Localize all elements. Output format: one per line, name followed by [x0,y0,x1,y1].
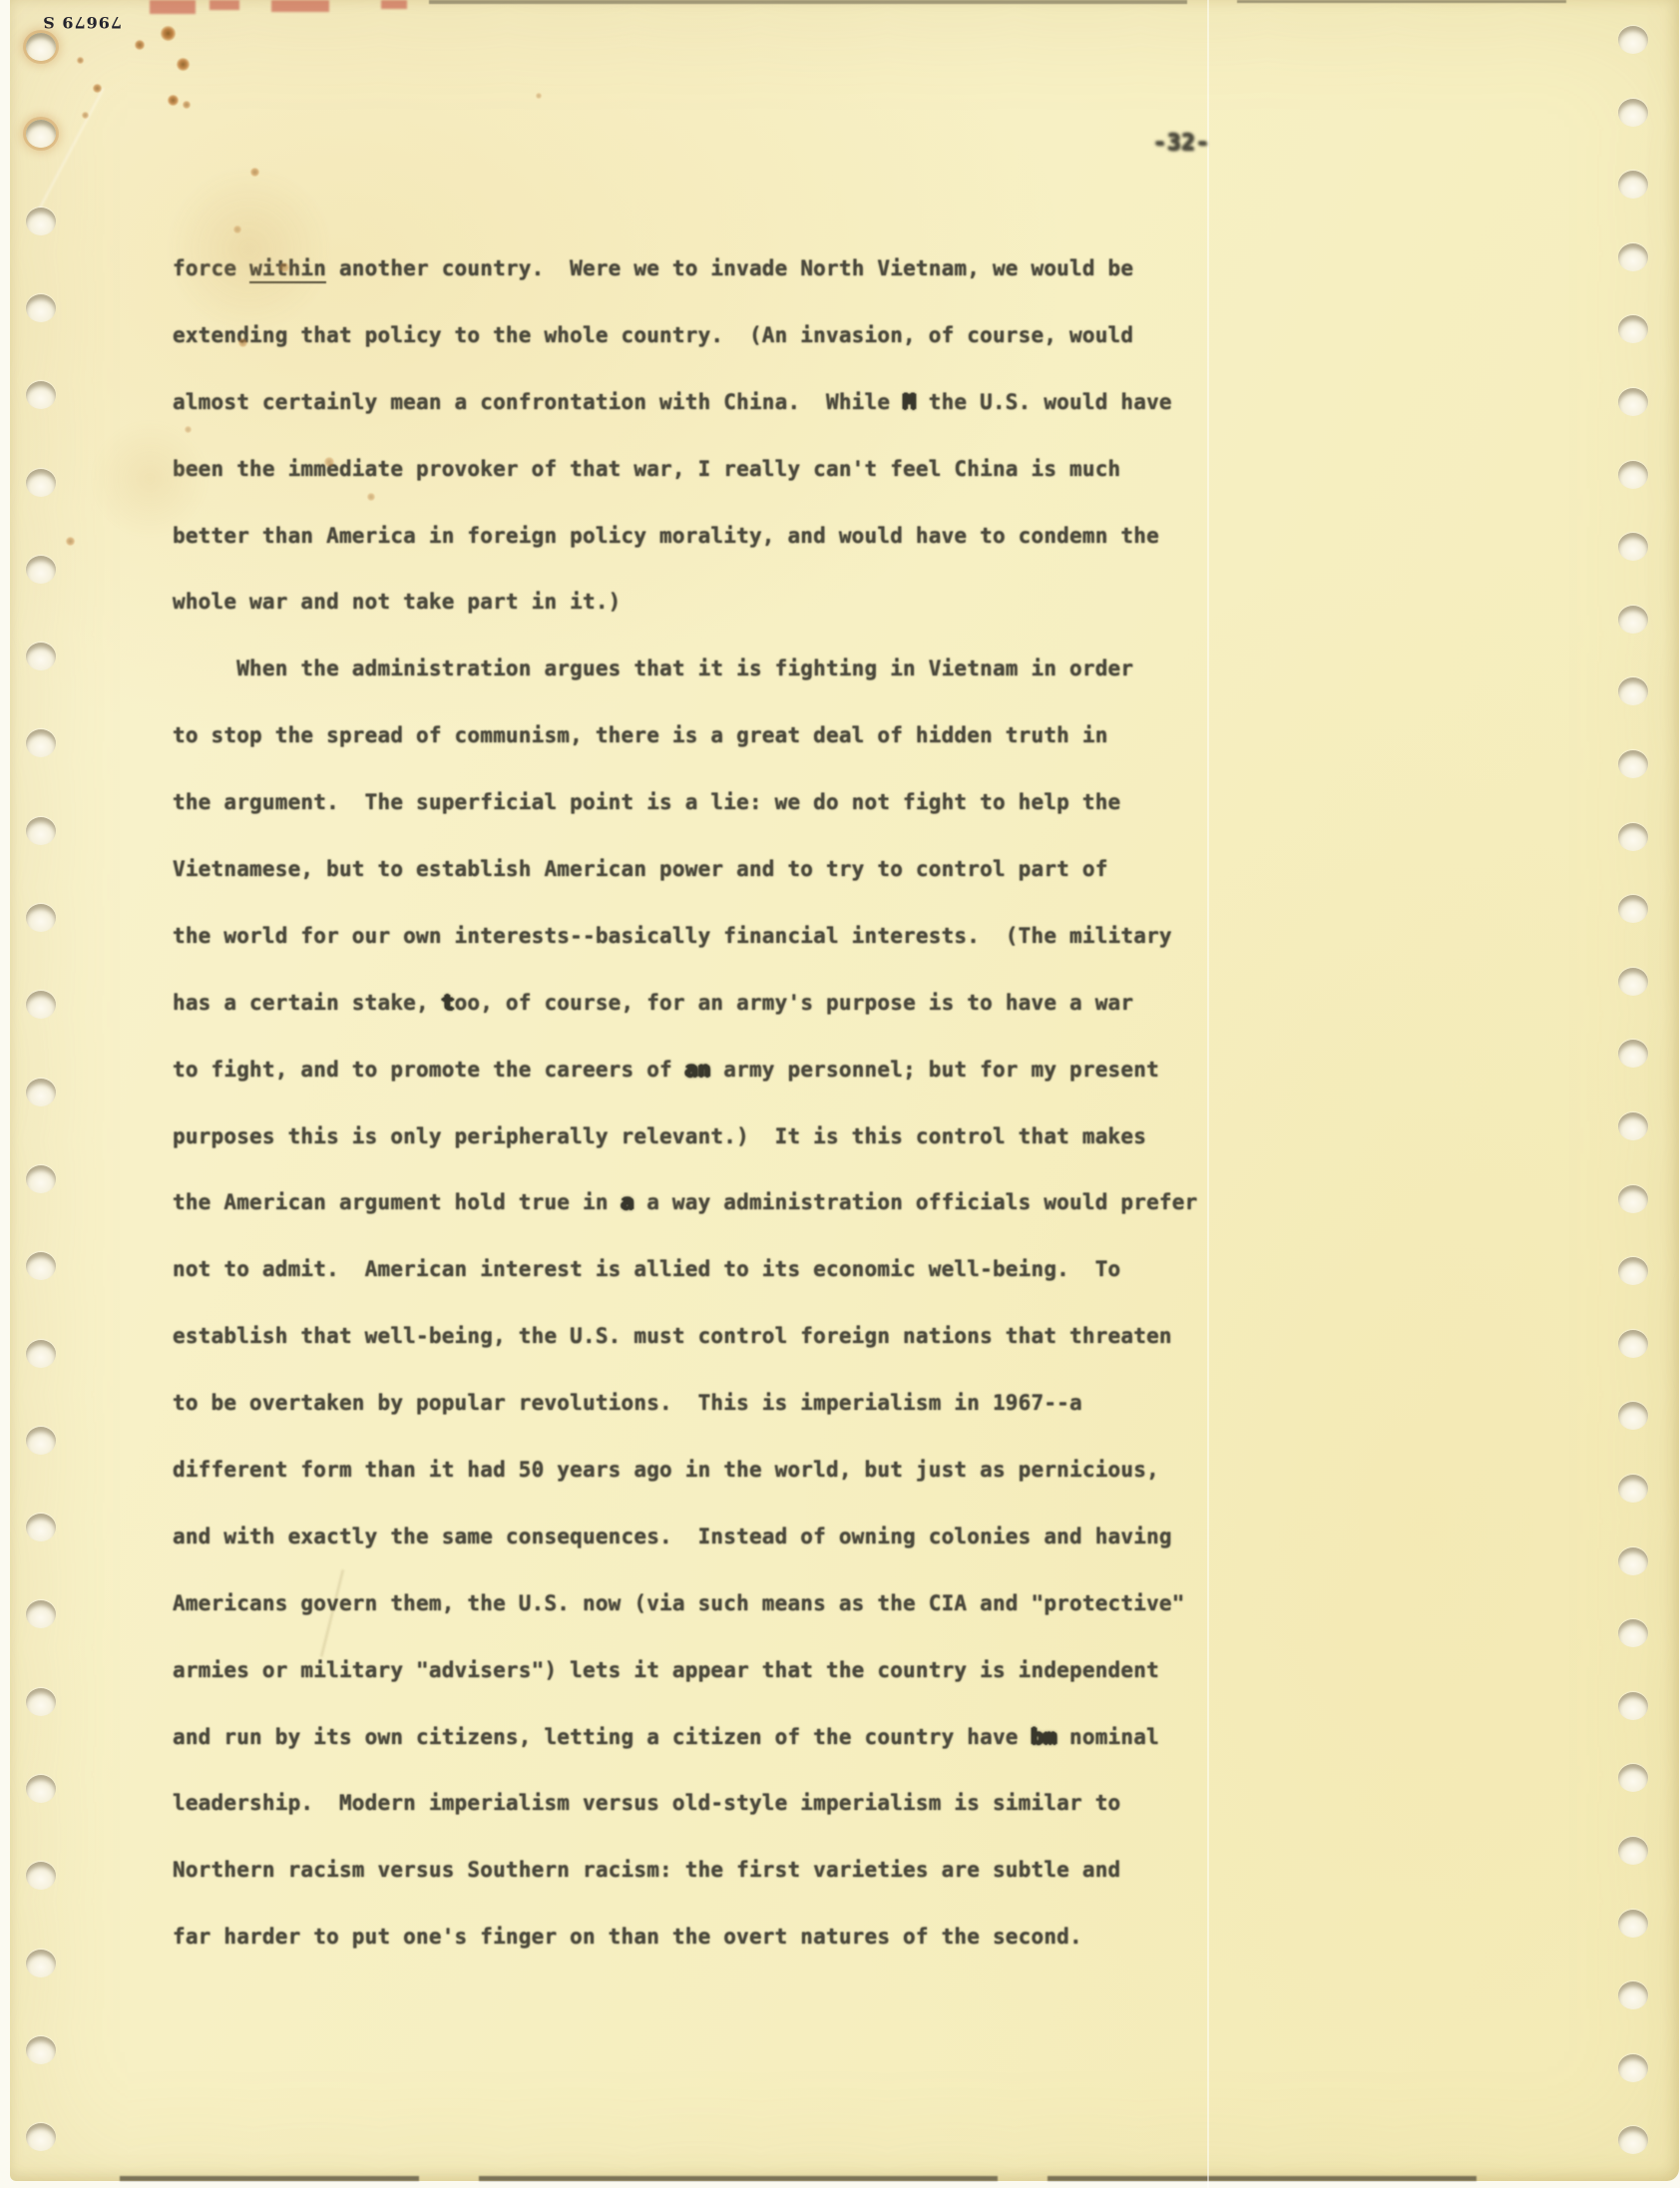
typed-text: purposes this is only peripherally relev… [173,1124,1146,1148]
typed-line: leadership. Modern imperialism versus ol… [173,1770,1197,1837]
typed-text: has a certain stake, [173,991,442,1015]
typed-text: extending that policy to the whole count… [173,323,1133,347]
punch-hole [1618,606,1648,634]
punch-hole [26,2036,56,2064]
punch-hole [1618,1547,1648,1575]
punch-hole [1618,1330,1648,1358]
typed-text: better than America in foreign policy mo… [173,524,1159,548]
strikeover-blot: an [685,1058,711,1082]
punch-hole [1618,968,1648,996]
rust-stain [177,58,190,71]
punch-hole [26,643,56,670]
punch-hole [26,469,56,497]
typed-text: armies or military "advisers") lets it a… [173,1658,1159,1682]
typed-line: Northern racism versus Southern racism: … [173,1837,1197,1904]
punch-hole [1618,99,1648,127]
punch-hole [26,120,56,148]
typed-line: to stop the spread of communism, there i… [173,702,1197,769]
punch-hole [26,33,56,61]
typed-lines: force within another country. Were we to… [173,235,1197,1970]
typed-line: and run by its own citizens, letting a c… [173,1704,1197,1771]
age-smudge [165,165,334,334]
typed-line: and with exactly the same consequences. … [173,1504,1197,1570]
strikeover-blot: t [442,991,455,1015]
typed-text: army personnel; but for my present [710,1058,1159,1082]
punch-hole [1618,2126,1648,2154]
typed-line: to fight, and to promote the careers of … [173,1037,1197,1103]
typed-text: to be overtaken by popular revolutions. … [173,1391,1082,1415]
typed-line: When the administration argues that it i… [173,636,1197,702]
punch-hole [26,2123,56,2151]
punch-hole [26,1775,56,1803]
punch-hole [1618,1981,1648,2009]
typed-text: leadership. Modern imperialism versus ol… [173,1791,1120,1815]
typed-line: has a certain stake, too, of course, for… [173,970,1197,1037]
punch-hole [26,208,56,235]
typed-text: Northern racism versus Southern racism: … [173,1858,1120,1882]
punch-hole [1618,1040,1648,1068]
typed-line: the American argument hold true in a a w… [173,1169,1197,1236]
typed-line: better than America in foreign policy mo… [173,503,1197,570]
rust-stain [324,457,334,467]
punch-hole [1618,1402,1648,1430]
paper-sheet: 79679 S -32- force within another countr… [10,0,1679,2181]
crease-mark [37,88,104,213]
typed-line: establish that well-being, the U.S. must… [173,1303,1197,1370]
punch-hole [1618,533,1648,561]
punch-hole [26,904,56,932]
typed-line: purposes this is only peripherally relev… [173,1103,1197,1170]
rust-stain [66,537,75,546]
punch-hole [1618,823,1648,851]
typed-line: far harder to put one's finger on than t… [173,1904,1197,1970]
punch-hole [26,1600,56,1628]
typed-line: Americans govern them, the U.S. now (via… [173,1570,1197,1637]
punch-hole [1618,677,1648,705]
typed-text: another country. Were we to invade North… [326,256,1133,280]
typed-text: a way administration officials would pre… [633,1190,1197,1214]
punch-hole [26,1340,56,1368]
punch-hole [1618,315,1648,343]
punch-hole [26,1950,56,1977]
typed-text: nominal [1056,1725,1159,1749]
scan-edge-artifact [479,2176,998,2181]
punch-hole [26,1427,56,1455]
rust-stain [77,57,84,64]
scan-edge-artifact [1237,0,1566,3]
punch-hole [26,1252,56,1280]
punch-hole [1618,1837,1648,1865]
rust-stain [367,493,375,501]
punch-hole [1618,461,1648,489]
typed-text: the argument. The superficial point is a… [173,790,1120,814]
rust-stain [168,95,179,106]
strikeover-blot: M [903,390,916,414]
serial-stamp: 79679 S [44,13,122,32]
punch-hole [1618,750,1648,778]
strikeover-blot: a [622,1190,634,1214]
punch-hole [26,1165,56,1193]
punch-hole [1618,171,1648,199]
typed-line: Vietnamese, but to establish American po… [173,836,1197,903]
typed-text: far harder to put one's finger on than t… [173,1925,1082,1949]
typed-line: whole war and not take part in it.) [173,569,1197,636]
scan-edge-artifact [1048,2176,1476,2181]
typed-text: Vietnamese, but to establish American po… [173,857,1108,881]
scan-edge-artifact [120,2176,419,2181]
typed-text: to fight, and to promote the careers of [173,1058,685,1082]
typed-text: to stop the spread of communism, there i… [173,723,1108,747]
typed-line: armies or military "advisers") lets it a… [173,1637,1197,1704]
strikeover-blot: bm [1032,1725,1057,1749]
punch-hole [26,1079,56,1106]
age-smudge [90,419,210,539]
rust-stain [238,338,247,347]
typed-text: and run by its own citizens, letting a c… [173,1725,1032,1749]
scan-line-artifact [1207,0,1209,2188]
punch-hole [26,556,56,584]
red-stamp-fragment [210,0,239,10]
scanned-document: 79679 S -32- force within another countr… [0,0,1680,2188]
typed-text: the world for our own interests--basical… [173,924,1172,948]
typed-text: whole war and not take part in it.) [173,590,622,614]
typed-text: When the administration argues that it i… [173,656,1133,680]
punch-hole [1618,243,1648,271]
typed-line: to be overtaken by popular revolutions. … [173,1370,1197,1437]
punch-hole [26,381,56,409]
rust-stain [135,40,145,50]
typed-line: the argument. The superficial point is a… [173,769,1197,836]
rust-stain [161,26,176,41]
typed-text: establish that well-being, the U.S. must… [173,1324,1172,1348]
typed-text: oo, of course, for an army's purpose is … [455,991,1134,1015]
typed-line: the world for our own interests--basical… [173,903,1197,970]
punch-hole [26,1688,56,1716]
punch-hole [1618,1185,1648,1213]
punch-hole [1618,1619,1648,1647]
typed-line: different form than it had 50 years ago … [173,1437,1197,1504]
red-stamp-fragment [381,0,407,9]
rust-stain [82,112,89,119]
punch-hole [26,1862,56,1890]
punch-hole [1618,1475,1648,1503]
typed-line: extending that policy to the whole count… [173,302,1197,369]
punch-hole [1618,1764,1648,1792]
typed-line: almost certainly mean a confrontation wi… [173,369,1197,436]
punch-hole [1618,1112,1648,1140]
punch-hole [26,991,56,1019]
typed-text: different form than it had 50 years ago … [173,1458,1159,1482]
punch-hole [1618,1910,1648,1938]
punch-hole [26,729,56,757]
typed-text: Americans govern them, the U.S. now (via… [173,1591,1185,1615]
rust-stain [93,84,102,93]
scan-edge-artifact [429,0,1187,4]
punch-hole [26,294,56,322]
typed-text: and with exactly the same consequences. … [173,1525,1172,1548]
rust-stain [536,93,542,99]
typed-line: been the immediate provoker of that war,… [173,436,1197,503]
punch-hole [1618,2054,1648,2082]
typed-text: been the immediate provoker of that war,… [173,457,1120,481]
typed-text: almost certainly mean a confrontation wi… [173,390,903,414]
punch-hole [1618,1692,1648,1720]
typed-text: the American argument hold true in [173,1190,622,1214]
red-stamp-fragment [150,0,196,14]
punch-hole [1618,1257,1648,1285]
punch-hole [26,817,56,845]
typed-line: not to admit. American interest is allie… [173,1236,1197,1303]
punch-hole [1618,388,1648,416]
punch-hole [1618,895,1648,923]
punch-hole [1618,26,1648,54]
red-stamp-fragment [271,0,329,12]
punch-hole [26,1514,56,1541]
typed-text: not to admit. American interest is allie… [173,1257,1120,1281]
rust-stain [183,101,191,109]
page-number: -32- [1153,131,1210,156]
typed-text: the U.S. would have [916,390,1172,414]
